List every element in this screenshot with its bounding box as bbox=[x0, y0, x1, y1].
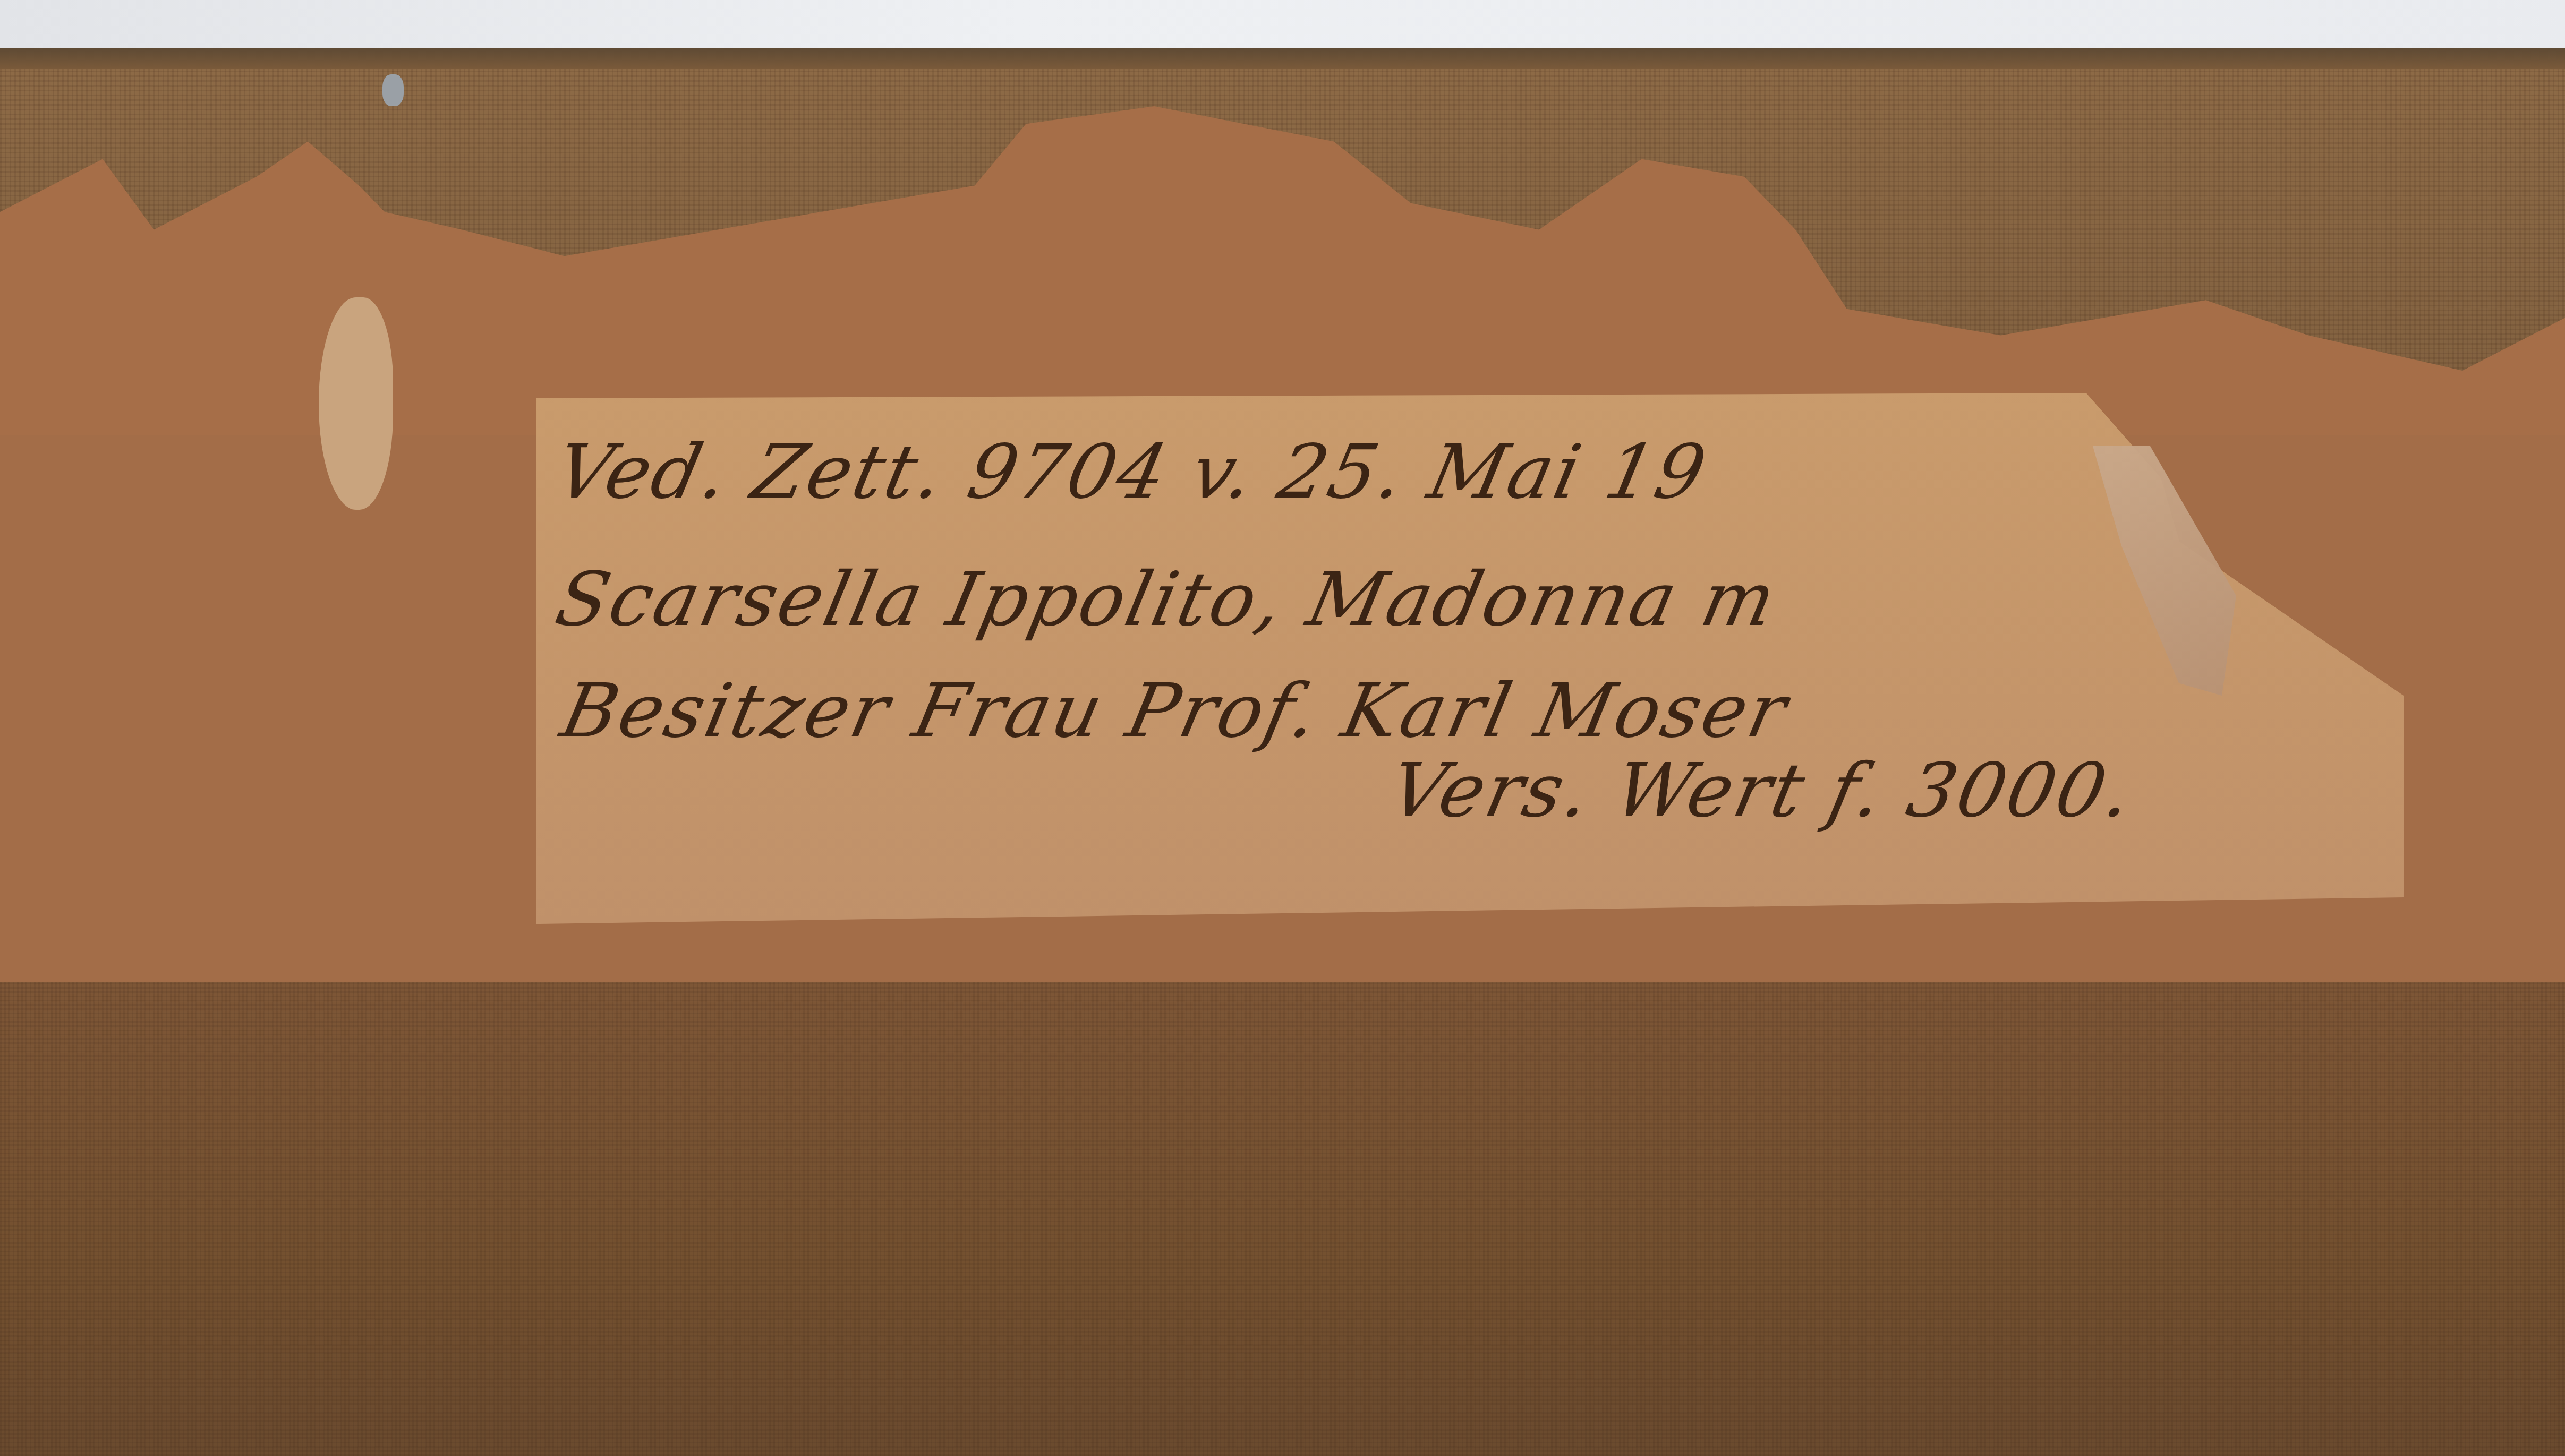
nail-icon bbox=[382, 74, 404, 106]
torn-spot bbox=[319, 297, 393, 510]
label-line-3: Besitzer Frau Prof. Karl Moser bbox=[555, 674, 1794, 749]
label-line-2: Scarsella Ippolito, Madonna m bbox=[550, 563, 1783, 637]
label-line-1: Ved. Zett. 9704 v. 25. Mai 19 bbox=[550, 435, 1714, 510]
frame-top-edge bbox=[0, 48, 2565, 69]
canvas-bottom-area bbox=[0, 982, 2565, 1456]
label-line-4: Vers. Wert f. 3000. bbox=[1384, 754, 2140, 828]
